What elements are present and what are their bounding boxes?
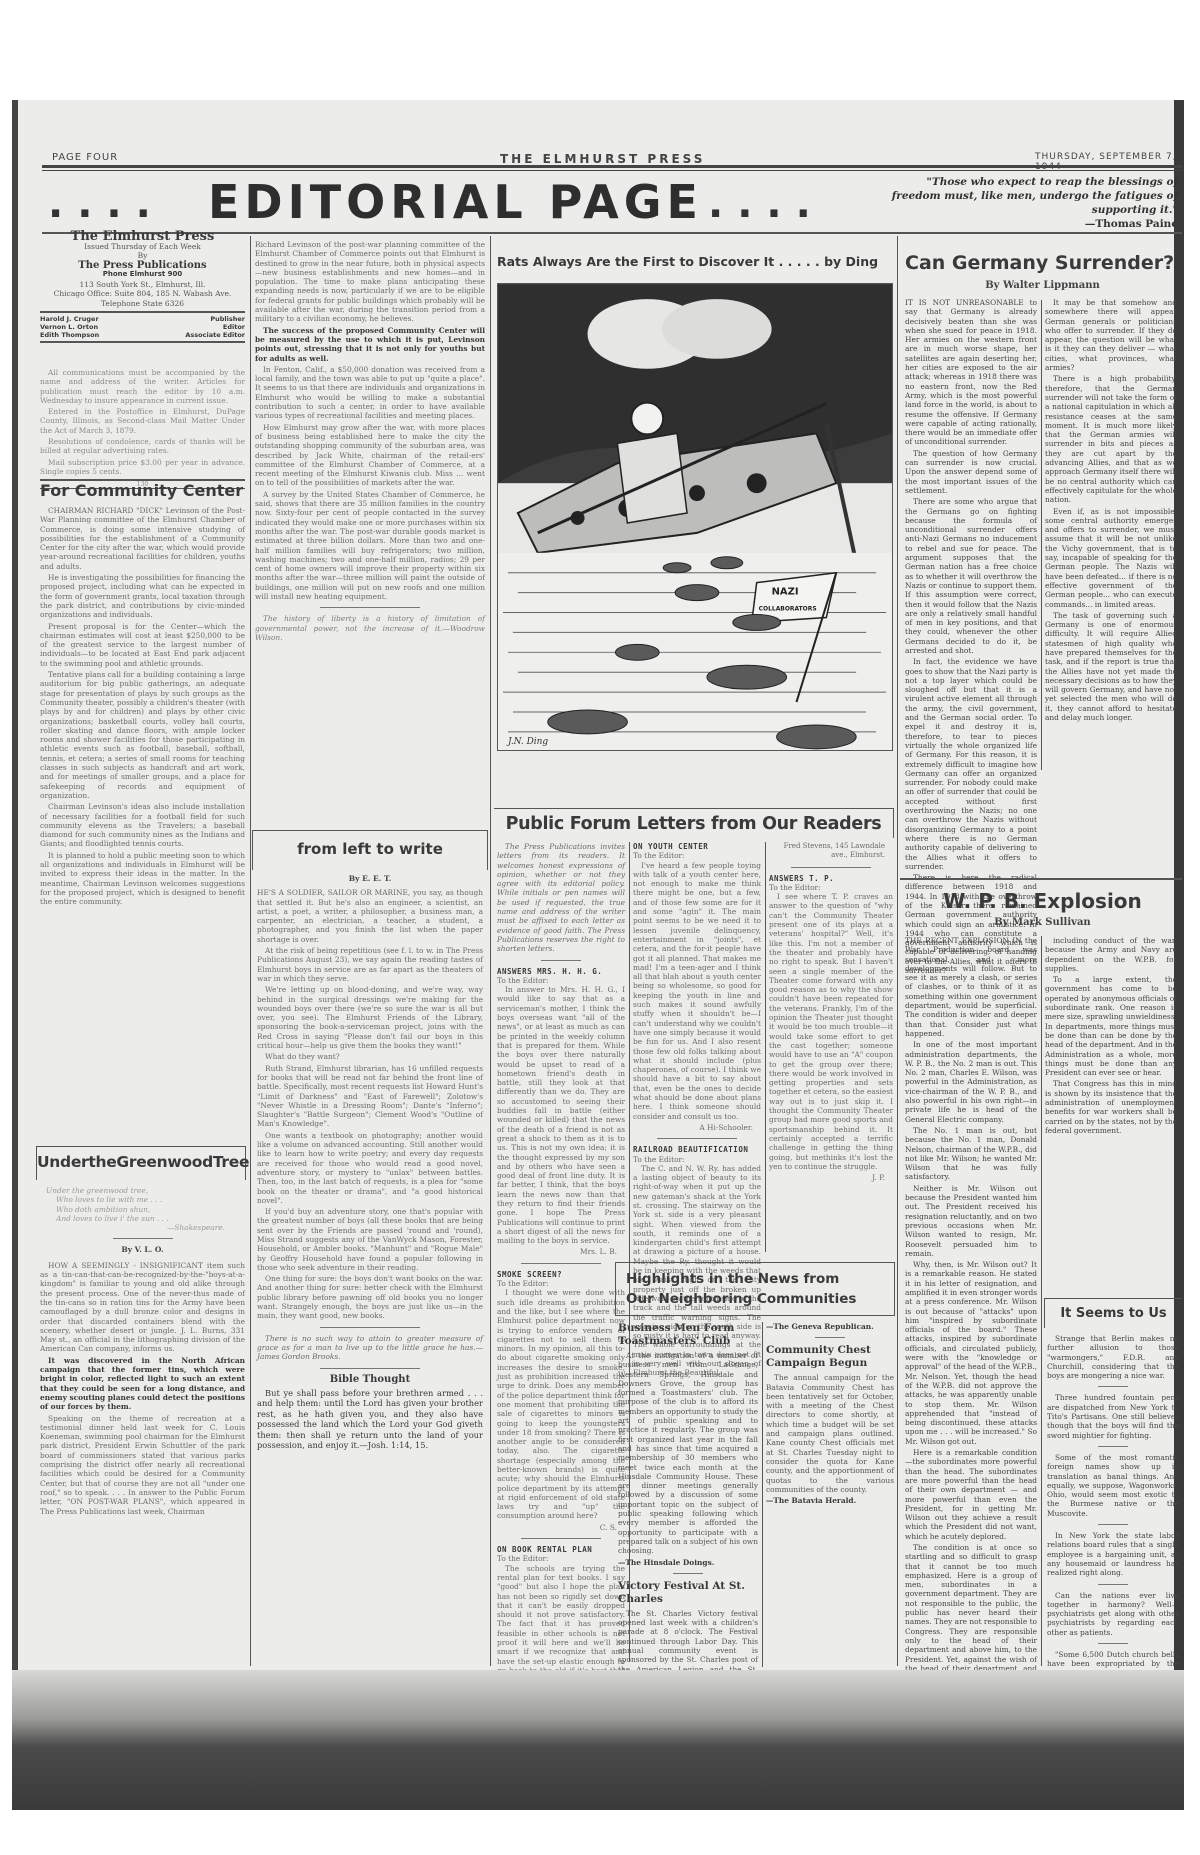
wilson-quote: The history of liberty is a history of l… bbox=[255, 614, 485, 642]
paragraph: Strange that Berlin makes no further all… bbox=[1047, 1334, 1179, 1380]
lippmann-col-2: It may be that somehow and somewhere the… bbox=[1045, 298, 1177, 724]
divider bbox=[541, 960, 581, 961]
public-forum-headline: Public Forum Letters from Our Readers bbox=[494, 809, 893, 839]
paragraph: Some of the most romantic foreign names … bbox=[1047, 1453, 1179, 1518]
paragraph: including conduct of the war, because th… bbox=[1045, 936, 1177, 973]
paragraph: Can the nations ever live together in ha… bbox=[1047, 1591, 1179, 1637]
forum-intro: The Press Publications invites letters f… bbox=[497, 842, 625, 954]
lippmann-byline: By Walter Lippmann bbox=[905, 280, 1180, 291]
letter-salutation: To the Editor: bbox=[769, 883, 893, 892]
letter-body: I thought we were done with such idle dr… bbox=[497, 1288, 625, 1520]
paragraph: The task of governing such a Germany is … bbox=[1045, 611, 1177, 723]
divider bbox=[1098, 1524, 1128, 1525]
greenwood-byline: By V. L. O. bbox=[40, 1245, 245, 1254]
paragraph: He is investigating the possibilities fo… bbox=[40, 573, 245, 619]
divider bbox=[657, 1138, 737, 1139]
letter-body: I've heard a few people toying with talk… bbox=[633, 861, 761, 1121]
staff-row: Vernon L. OrtonEditor bbox=[40, 323, 245, 331]
paragraph: The No. 1 man is out, but because the No… bbox=[905, 1126, 1037, 1182]
forum-col-3: Fred Stevens, 145 Lawndale ave., Elmhurs… bbox=[769, 842, 893, 1182]
paragraph: Three hundred fountain pens are dispatch… bbox=[1047, 1393, 1179, 1439]
flag-label-nazi: NAZI bbox=[772, 587, 799, 598]
cartoon-illustration: NAZI COLLABORATORS J.N. Ding bbox=[497, 283, 893, 751]
paragraph: It is planned to hold a public meeting s… bbox=[40, 851, 245, 907]
paragraph: Even if, as is not impossible, some cent… bbox=[1045, 507, 1177, 609]
masthead-dots-left: .... bbox=[48, 181, 165, 227]
lippmann-bottom-rule bbox=[900, 878, 1182, 880]
bible-thought-headline: Bible Thought bbox=[257, 1375, 483, 1384]
sullivan-headline: W. P. B. Explosion bbox=[905, 888, 1180, 914]
greenwood-verse: Under the greenwood tree, Who loves to l… bbox=[40, 1186, 245, 1232]
letter-body: I see where T. P. craves an answer to th… bbox=[769, 892, 893, 1171]
flag-paper-name: The Elmhurst Press bbox=[40, 232, 245, 242]
lippmann-col-rule bbox=[1041, 300, 1042, 770]
letter-body: The schools are trying the rental plan f… bbox=[497, 1564, 625, 1685]
letter-signature: Fred Stevens, 145 Lawndale ave., Elmhurs… bbox=[769, 842, 893, 861]
paragraph: If you'd buy an adventure story, one tha… bbox=[257, 1207, 483, 1272]
cartoon-signature: J.N. Ding bbox=[506, 737, 548, 747]
paragraph: A survey by the United States Chamber of… bbox=[255, 490, 485, 602]
flag-notices: All communications must be accompanied b… bbox=[40, 368, 245, 489]
paragraph: One thing for sure: the boys don't want … bbox=[257, 1274, 483, 1320]
divider bbox=[320, 1368, 420, 1369]
paragraph: Tentative plans call for a building cont… bbox=[40, 670, 245, 800]
community-center-headline: For Community Center bbox=[40, 480, 245, 502]
letter-salutation: To the Editor: bbox=[497, 1554, 625, 1563]
seems-to-us-headline: It Seems to Us bbox=[1045, 1299, 1182, 1329]
story-body: At the instigation of a number of busine… bbox=[618, 1351, 758, 1556]
sullivan-col-rule bbox=[1041, 936, 1042, 1666]
story-title: Business Men Form Toastmasters' Club bbox=[618, 1322, 758, 1348]
column-rule-2 bbox=[490, 236, 491, 1666]
cartoon-drawing: NAZI COLLABORATORS J.N. Ding bbox=[498, 284, 892, 750]
highlights-headline-line-2: Our Neighboring Communities bbox=[626, 1289, 884, 1309]
staff-name: Vernon L. Orton bbox=[40, 323, 98, 331]
story-source: —The Geneva Republican. bbox=[766, 1322, 894, 1331]
divider bbox=[791, 867, 871, 868]
flag-phone: Phone Elmhurst 900 bbox=[40, 270, 245, 280]
story-body: The annual campaign for the Batavia Comm… bbox=[766, 1373, 894, 1494]
paragraph: In fact, the evidence we have goes to sh… bbox=[905, 657, 1037, 871]
staff-name: Edith Thompson bbox=[40, 331, 99, 339]
flag-telephone: Telephone State 6326 bbox=[40, 299, 245, 309]
divider bbox=[1098, 1386, 1128, 1387]
paragraph: Chairman Levinson's ideas also include i… bbox=[40, 802, 245, 848]
paragraph: CHAIRMAN RICHARD "DICK" Levinson of the … bbox=[40, 506, 245, 571]
masthead-quote: "Those who expect to reap the blessings … bbox=[888, 175, 1178, 231]
letter-title: ANSWERS MRS. H. H. G. bbox=[497, 967, 625, 976]
forum-col-1: The Press Publications invites letters f… bbox=[497, 842, 625, 1696]
flag-label-collaborators: COLLABORATORS bbox=[759, 606, 817, 613]
paragraph: In New York the state labor relations bo… bbox=[1047, 1531, 1179, 1577]
sullivan-col-1: THE RECENT EXPLOSION IN the War Producti… bbox=[905, 936, 1037, 1712]
greenwood-headline: UndertheGreenwoodTree bbox=[37, 1147, 245, 1177]
lippmann-col-1: IT IS NOT UNREASONABLE to say that Germa… bbox=[905, 298, 1037, 977]
flag-publisher-company: The Press Publications bbox=[40, 261, 245, 271]
highlights-header-box: Highlights in the News from Our Neighbor… bbox=[615, 1262, 895, 1316]
paragraph: Neither is Mr. Wilson out because the Pr… bbox=[905, 1184, 1037, 1258]
paragraph: There are some who argue that the German… bbox=[905, 497, 1037, 655]
paragraph: The question of how Germany can surrende… bbox=[905, 449, 1037, 495]
staff-name: Harold J. Cruger bbox=[40, 315, 99, 323]
forum-col-rule-2 bbox=[765, 842, 766, 1252]
greenwood-column: Under the greenwood tree, Who loves to l… bbox=[40, 1186, 245, 1518]
letter-salutation: To the Editor: bbox=[497, 1279, 625, 1288]
paragraph: Why, then, is Mr. Wilson out? It is a re… bbox=[905, 1260, 1037, 1446]
paragraph: Present proposal is for the Center—which… bbox=[40, 622, 245, 668]
letter-title: ON BOOK RENTAL PLAN bbox=[497, 1545, 625, 1554]
letter-title: ANSWERS T. P. bbox=[769, 874, 893, 883]
masthead-title: EDITORIAL PAGE bbox=[208, 175, 703, 229]
divider bbox=[521, 1538, 601, 1539]
letter-signature: C. S. bbox=[497, 1523, 625, 1532]
verse-line: Who loves to lie with me . . . bbox=[46, 1195, 245, 1204]
paragraph: HE'S A SOLDIER, SAILOR OR MARINE, you sa… bbox=[257, 888, 483, 944]
notice: Entered in the Postoffice in Elmhurst, D… bbox=[40, 407, 245, 435]
notice: Mail subscription price $3.00 per year i… bbox=[40, 458, 245, 477]
story-title: Community Chest Campaign Begun bbox=[766, 1344, 894, 1370]
lippmann-headline: Can Germany Surrender? bbox=[905, 250, 1180, 276]
paragraph: Richard Levinson of the post-war plannin… bbox=[255, 240, 485, 324]
flag-address: 113 South York St., Elmhurst, Ill. bbox=[40, 280, 245, 290]
letter-salutation: To the Editor: bbox=[633, 851, 761, 860]
letter-signature: A Hi-Schooler. bbox=[633, 1123, 761, 1132]
left-to-write-byline: By E. E. T. bbox=[257, 874, 483, 883]
column-rule-3 bbox=[897, 236, 898, 1666]
folio-paper-name: THE ELMHURST PRESS bbox=[500, 152, 705, 166]
paragraph: THE RECENT EXPLOSION IN the War Producti… bbox=[905, 936, 1037, 1038]
paragraph: It was discovered in the North African c… bbox=[40, 1356, 245, 1412]
notice: All communications must be accompanied b… bbox=[40, 368, 245, 405]
folio-page-number: PAGE FOUR bbox=[52, 152, 118, 163]
divider bbox=[320, 607, 420, 608]
paragraph: It may be that somehow and somewhere the… bbox=[1045, 298, 1177, 372]
paragraph: There is a high probability, therefore, … bbox=[1045, 374, 1177, 504]
notice: Resolutions of condolence, cards of than… bbox=[40, 437, 245, 456]
divider bbox=[1098, 1446, 1128, 1447]
divider bbox=[815, 1337, 845, 1338]
paragraph: IT IS NOT UNREASONABLE to say that Germa… bbox=[905, 298, 1037, 447]
masthead: .... EDITORIAL PAGE .... "Those who expe… bbox=[48, 175, 1178, 227]
flag-chicago-office: Chicago Office: Suite 804, 185 N. Wabash… bbox=[40, 289, 245, 299]
letter-signature: Mrs. L. B. bbox=[497, 1247, 625, 1256]
seems-to-us-column: Strange that Berlin makes no further all… bbox=[1047, 1334, 1179, 1699]
verse-attribution: —Shakespeare. bbox=[46, 1223, 245, 1232]
letter-title: RAILROAD BEAUTIFICATION bbox=[633, 1145, 761, 1154]
staff-role: Editor bbox=[223, 323, 245, 331]
divider bbox=[1098, 1584, 1128, 1585]
highlights-headline: Highlights in the News from Our Neighbor… bbox=[616, 1263, 894, 1315]
paragraph: HOW A SEEMINGLY - INSIGNIFICANT item suc… bbox=[40, 1261, 245, 1354]
left-to-write-header-box: from left to write bbox=[252, 830, 488, 870]
folio-rule bbox=[42, 165, 1182, 171]
verse-line: And loves to live i' the sun . . . bbox=[46, 1214, 245, 1223]
staff-box: Harold J. CrugerPublisher Vernon L. Orto… bbox=[40, 311, 245, 343]
paragraph: How Elmhurst may grow after the war, wit… bbox=[255, 423, 485, 488]
paragraph: Speaking on the theme of recreation at a… bbox=[40, 1414, 245, 1516]
seems-to-us-header-box: It Seems to Us bbox=[1044, 1298, 1182, 1328]
staff-row: Edith ThompsonAssociate Editor bbox=[40, 331, 245, 339]
masthead-quote-text: "Those who expect to reap the blessings … bbox=[892, 176, 1178, 216]
flag-box: The Elmhurst Press Issued Thursday of Ea… bbox=[40, 232, 245, 362]
paragraph: Here is a remarkable condition—the subor… bbox=[905, 1448, 1037, 1541]
staff-role: Publisher bbox=[210, 315, 245, 323]
left-to-write-column: By E. E. T. HE'S A SOLDIER, SAILOR OR MA… bbox=[257, 874, 483, 1453]
bible-thought-text: But ye shall pass before your brethren a… bbox=[257, 1388, 483, 1451]
verse-line: Under the greenwood tree, bbox=[46, 1186, 245, 1195]
highlights-col-rule bbox=[762, 1322, 763, 1667]
masthead-quote-attribution: —Thomas Paine bbox=[888, 217, 1178, 231]
levinson-column: Richard Levinson of the post-war plannin… bbox=[255, 240, 485, 644]
story-title: Victory Festival At St. Charles bbox=[618, 1580, 758, 1606]
paragraph: Ruth Strand, Elmhurst librarian, has 16 … bbox=[257, 1064, 483, 1129]
paragraph: In Fenton, Calif., a $50,000 donation wa… bbox=[255, 365, 485, 421]
paragraph: That Congress has this in mind is shown … bbox=[1045, 1079, 1177, 1135]
left-to-write-headline: from left to write bbox=[253, 831, 487, 867]
brooks-quote: There is no such way to attain to greate… bbox=[257, 1334, 483, 1362]
story-source: —The Hinsdale Doings. bbox=[618, 1558, 758, 1567]
paragraph: In one of the most important administrat… bbox=[905, 1040, 1037, 1124]
letter-salutation: To the Editor: bbox=[497, 976, 625, 985]
cartoon-title: Rats Always Are the First to Discover It… bbox=[497, 252, 897, 272]
staff-role: Associate Editor bbox=[185, 331, 245, 339]
highlights-headline-line-1: Highlights in the News from bbox=[626, 1269, 884, 1289]
story-source: —The Batavia Herald. bbox=[766, 1496, 894, 1505]
paragraph: At the risk of being repetitious (see f.… bbox=[257, 946, 483, 983]
greenwood-header-box: UndertheGreenwoodTree bbox=[36, 1146, 246, 1180]
scan-bottom-edge bbox=[12, 1670, 1184, 1810]
divider bbox=[320, 1327, 420, 1328]
highlights-col-2: —The Geneva Republican. Community Chest … bbox=[766, 1322, 894, 1505]
paragraph: One wants a textbook on photography; ano… bbox=[257, 1131, 483, 1205]
community-center-article: For Community Center CHAIRMAN RICHARD "D… bbox=[40, 480, 245, 908]
divider bbox=[113, 1238, 173, 1239]
masthead-dots-right: .... bbox=[708, 181, 825, 227]
sullivan-col-2: including conduct of the war, because th… bbox=[1045, 936, 1177, 1137]
divider bbox=[673, 1573, 703, 1574]
divider bbox=[1098, 1643, 1128, 1644]
sullivan-byline: By Mark Sullivan bbox=[905, 917, 1180, 928]
verse-line: Who doth ambition shun, bbox=[46, 1205, 245, 1214]
letter-body: In answer to Mrs. H. H. G., I would like… bbox=[497, 985, 625, 1245]
paragraph: To a large extent, the government has co… bbox=[1045, 975, 1177, 1077]
public-forum-header-box: Public Forum Letters from Our Readers bbox=[494, 808, 894, 838]
paragraph: The success of the proposed Community Ce… bbox=[255, 326, 485, 363]
column-rule-1 bbox=[250, 236, 251, 1666]
letter-title: SMOKE SCREEN? bbox=[497, 1270, 625, 1279]
letter-salutation: To the Editor: bbox=[633, 1155, 761, 1164]
letter-title: ON YOUTH CENTER bbox=[633, 842, 761, 851]
staff-row: Harold J. CrugerPublisher bbox=[40, 315, 245, 323]
paragraph: We're letting up on blood-doning, and we… bbox=[257, 985, 483, 1050]
divider bbox=[521, 1263, 601, 1264]
letter-signature: J. P. bbox=[769, 1173, 893, 1182]
paragraph: What do they want? bbox=[257, 1052, 483, 1061]
